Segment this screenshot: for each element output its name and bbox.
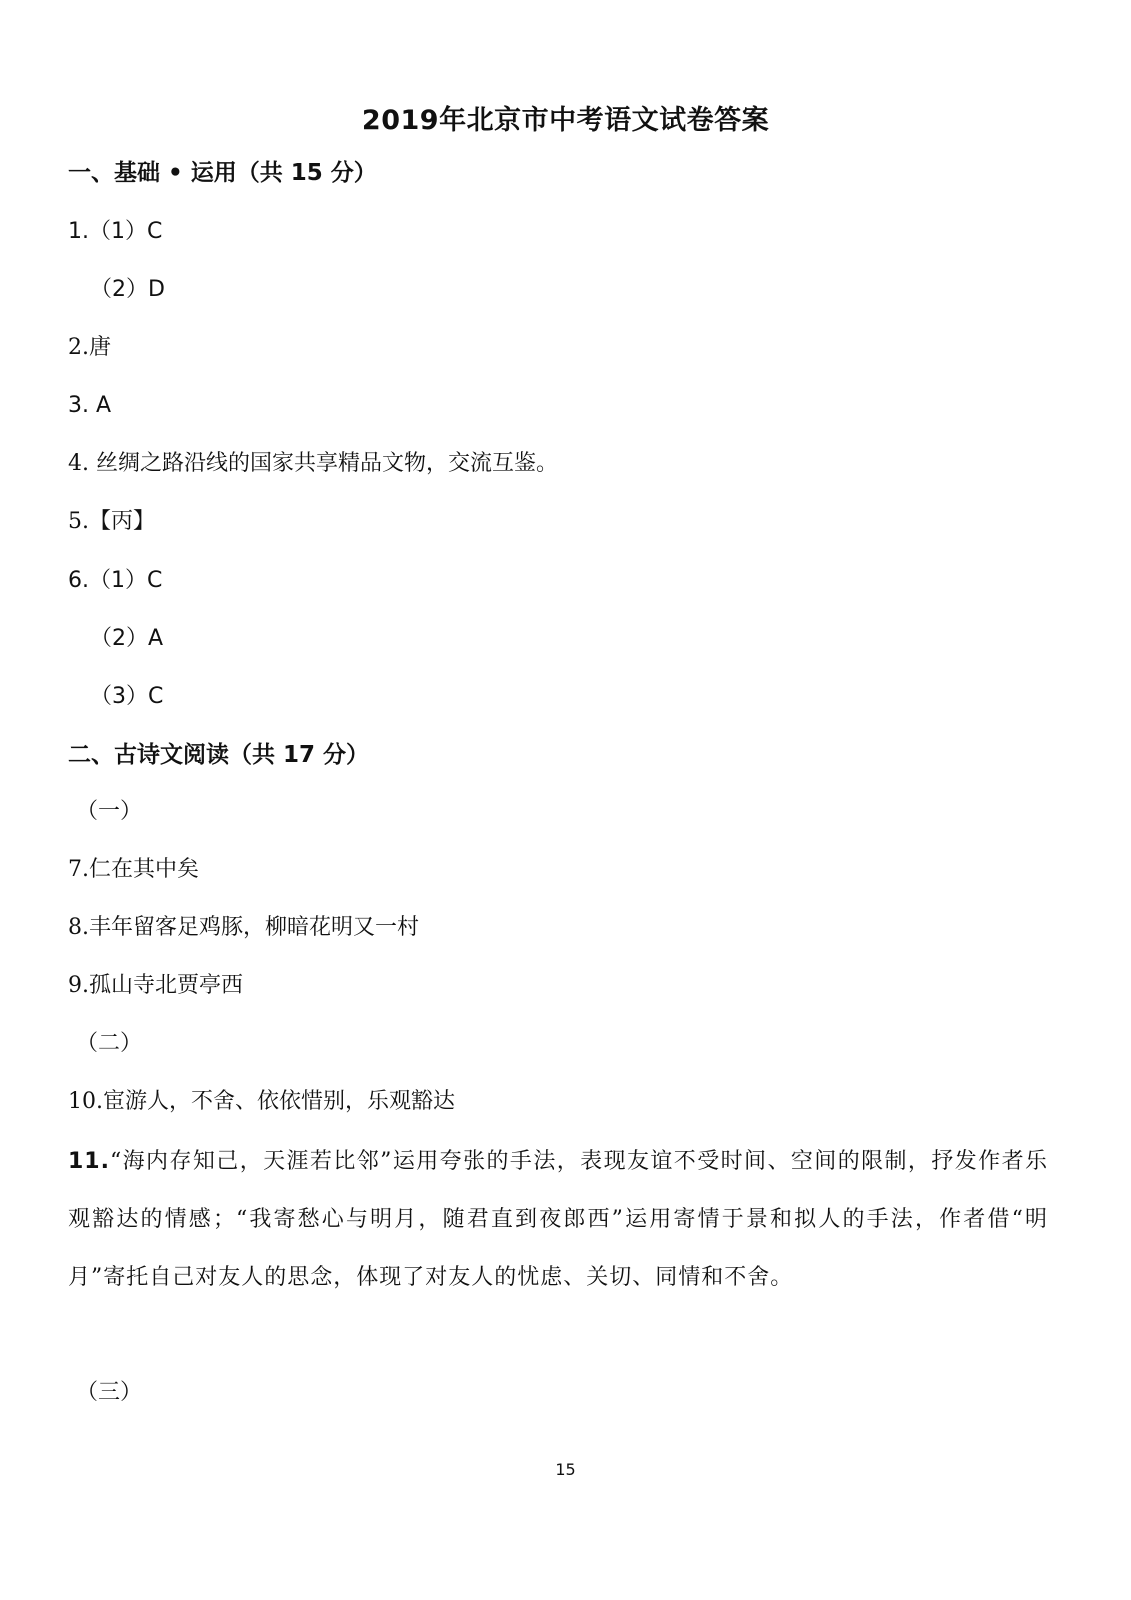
answer-q2: 2.唐	[68, 333, 111, 363]
answer-q8: 8.丰年留客足鸡豚，柳暗花明又一村	[68, 913, 419, 943]
subsection-label-2: （二）	[76, 1029, 142, 1059]
page-number: 15	[0, 1460, 1131, 1479]
answer-q9: 9.孤山寺北贾亭西	[68, 971, 243, 1001]
answer-q6-part3: （3）C	[90, 682, 163, 712]
subsection-label-3: （三）	[76, 1378, 142, 1408]
answer-q1-part2: （2）D	[90, 275, 165, 305]
section-heading-basics: 一、基础 • 运用（共 15 分）	[68, 158, 377, 188]
document-title: 2019年北京市中考语文试卷答案	[0, 98, 1131, 137]
answer-q10: 10.宦游人，不舍、依依惜别，乐观豁达	[68, 1087, 455, 1117]
answer-q7: 7.仁在其中矣	[68, 855, 199, 885]
subsection-label-1: （一）	[76, 797, 142, 827]
section-heading-classical-reading: 二、古诗文阅读（共 17 分）	[68, 740, 369, 770]
answer-q11-text: “海内存知己，天涯若比邻”运用夸张的手法，表现友谊不受时间、空间的限制，抒发作者…	[68, 1149, 1048, 1290]
answer-q1-part1: 1.（1）C	[68, 217, 162, 247]
answer-q3: 3. A	[68, 391, 111, 421]
answer-q6-part1: 6.（1）C	[68, 566, 162, 596]
answer-q4: 4. 丝绸之路沿线的国家共享精品文物，交流互鉴。	[68, 449, 558, 479]
answer-q11-number: 11.	[68, 1149, 110, 1174]
answer-q6-part2: （2）A	[90, 624, 163, 654]
answer-q5: 5.【丙】	[68, 507, 155, 537]
answer-q11: 11.“海内存知己，天涯若比邻”运用夸张的手法，表现友谊不受时间、空间的限制，抒…	[68, 1133, 1048, 1307]
answer-sheet-page: 2019年北京市中考语文试卷答案 一、基础 • 运用（共 15 分） 1.（1）…	[0, 0, 1131, 1600]
